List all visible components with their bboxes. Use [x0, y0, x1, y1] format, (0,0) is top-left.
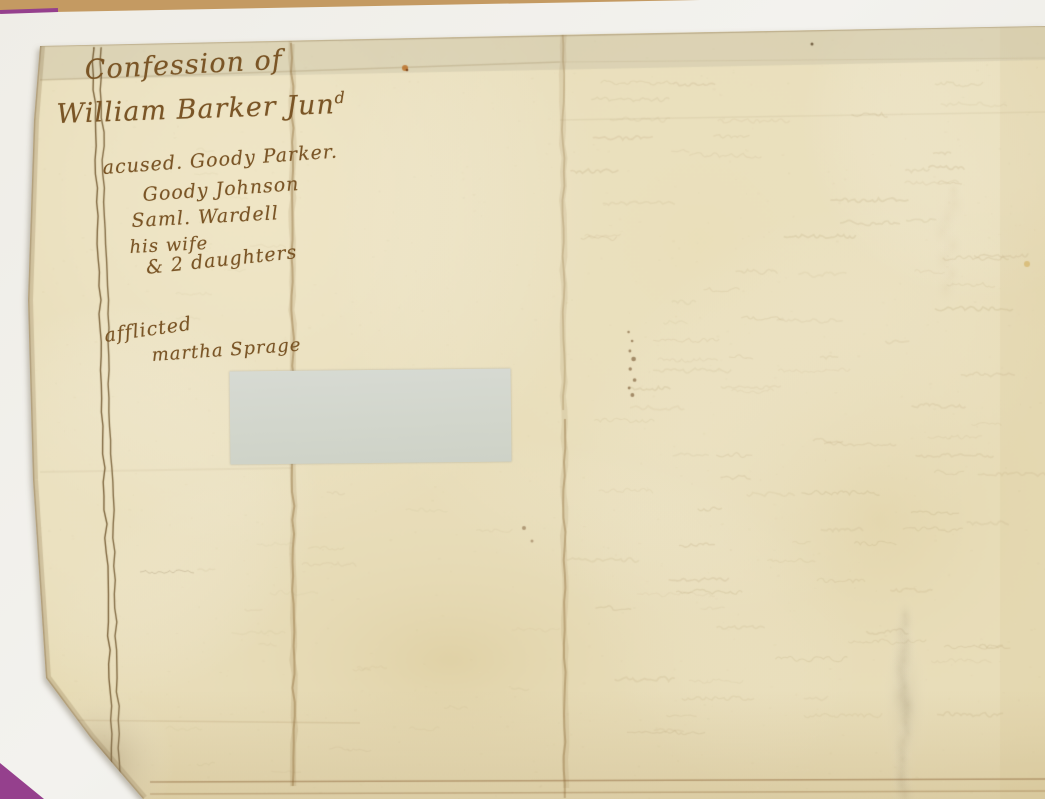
title-superscript: d [334, 88, 346, 107]
document-photo: Confession of William Barker Jund acused… [0, 0, 1045, 799]
manuscript-paper: Confession of William Barker Jund acused… [0, 0, 1045, 799]
manuscript-paper-wrap: Confession of William Barker Jund acused… [0, 0, 1045, 799]
repair-patch [230, 369, 512, 465]
